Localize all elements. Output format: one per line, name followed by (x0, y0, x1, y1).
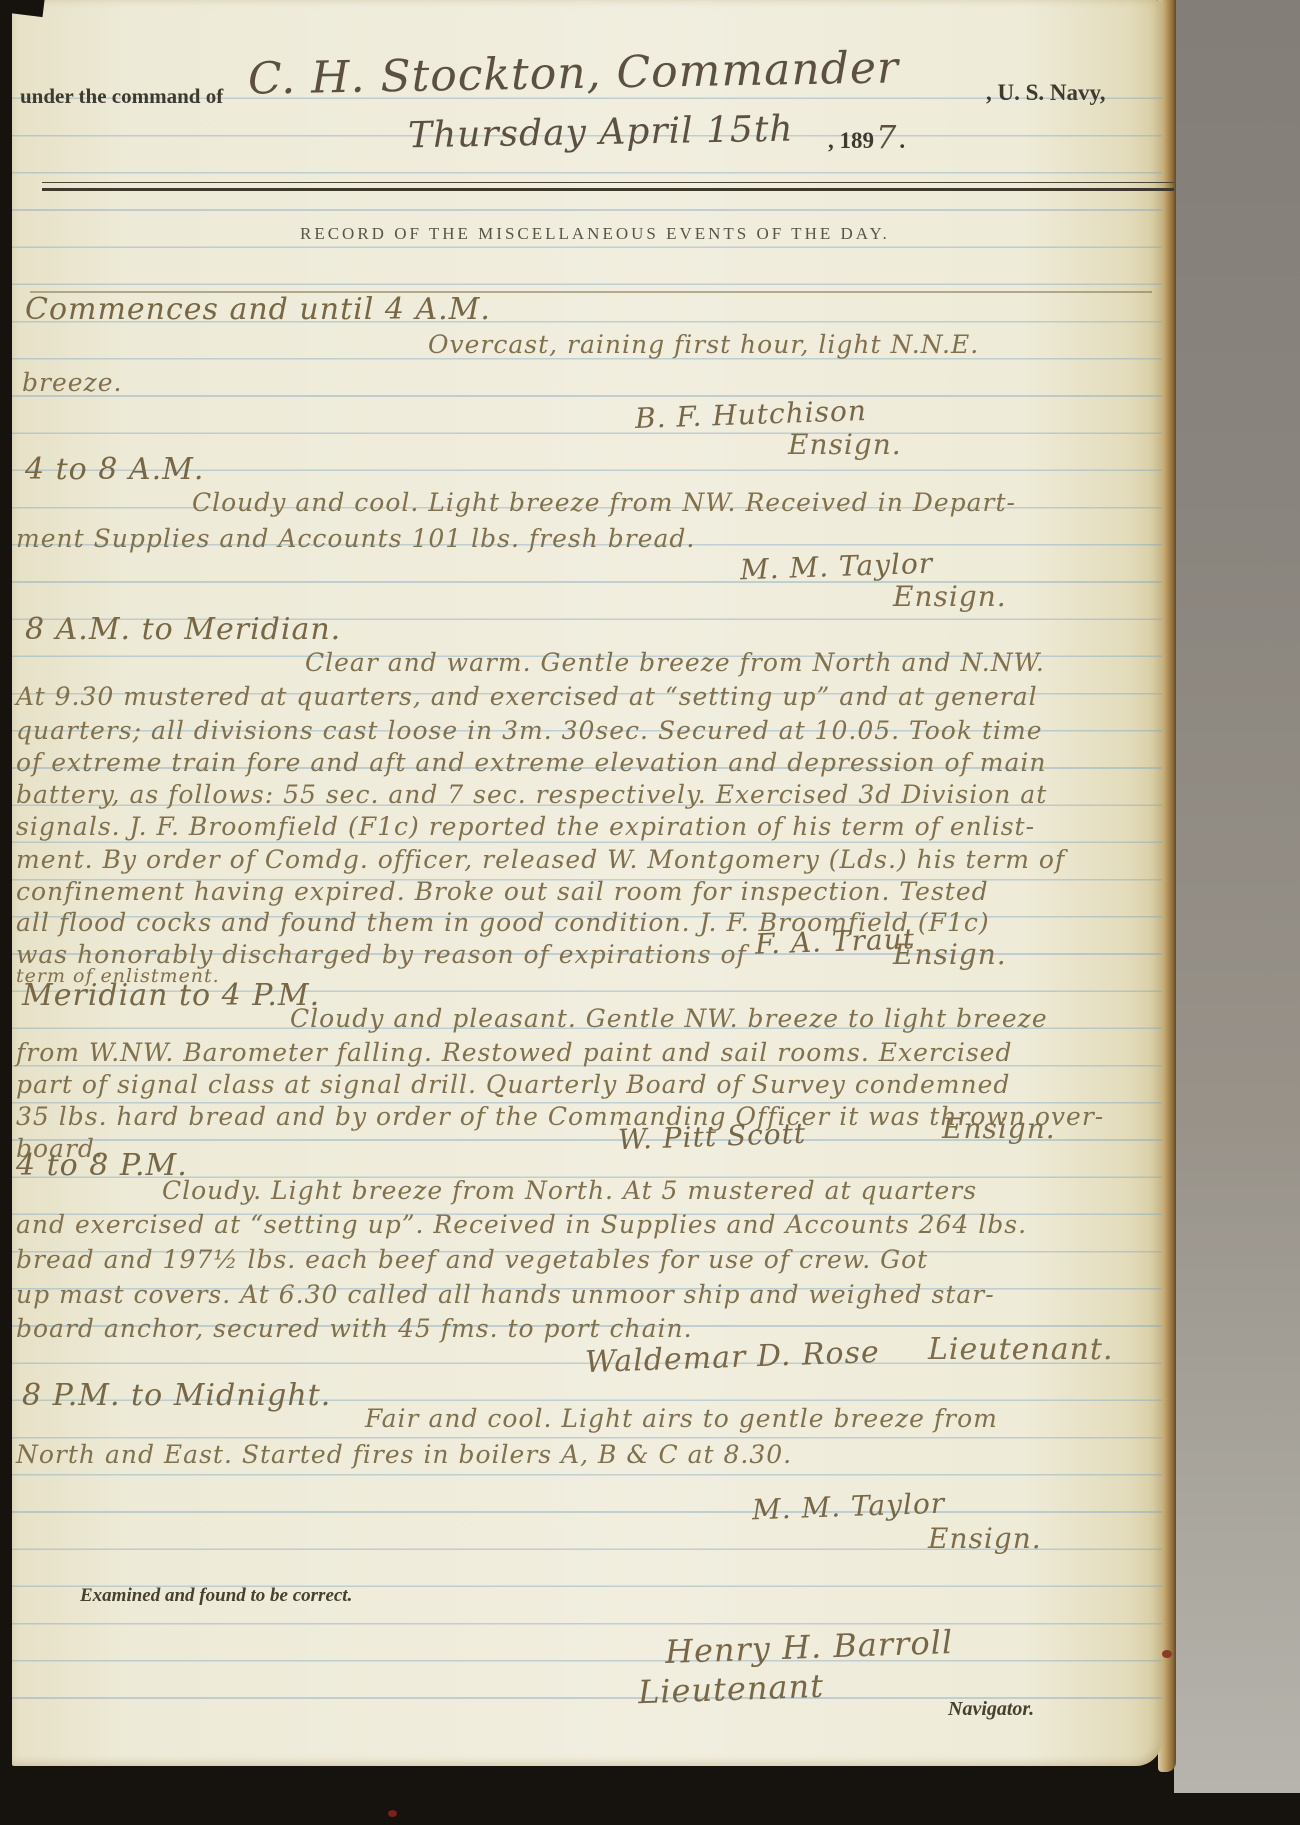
logbook-photo: { "colors": { "paper": "#f0eddd", "ink":… (0, 0, 1300, 1825)
entry-4-rank: Ensign. (942, 1112, 1056, 1145)
entry-3-line: ment. By order of Comdg. officer, releas… (16, 845, 1065, 874)
background-wall (1174, 0, 1300, 1793)
header-divider-rule (42, 182, 1174, 191)
entry-4-signature: W. Pitt Scott (617, 1117, 806, 1157)
corner-shadow (0, 0, 45, 17)
year-period: . (899, 128, 905, 154)
year-digit: 7 (876, 118, 897, 156)
entry-3-heading: 8 A.M. to Meridian. (25, 612, 341, 647)
entry-6-heading: 8 P.M. to Midnight. (22, 1378, 331, 1413)
entry-2-rank: Ensign. (893, 580, 1007, 613)
entry-3-line: battery, as follows: 55 sec. and 7 sec. … (16, 780, 1047, 809)
entry-5-rank: Lieutenant. (928, 1332, 1114, 1367)
entry-5-line: bread and 197½ lbs. each beef and vegeta… (16, 1245, 928, 1274)
entry-1-line: Overcast, raining first hour, light N.N.… (428, 330, 979, 359)
entry-6-line: Fair and cool. Light airs to gentle bree… (365, 1404, 998, 1433)
entry-5-line: Cloudy. Light breeze from North. At 5 mu… (162, 1176, 977, 1205)
navigator-rank: Lieutenant (637, 1667, 824, 1711)
entry-3-line: of extreme train fore and aft and extrem… (16, 748, 1047, 777)
entry-2-line: Cloudy and cool. Light breeze from NW. R… (192, 488, 1016, 517)
entry-3-line: Clear and warm. Gentle breeze from North… (305, 648, 1045, 677)
entry-6-rank: Ensign. (928, 1522, 1042, 1555)
entry-5-line: board anchor, secured with 45 fms. to po… (16, 1314, 693, 1343)
date-handwritten: Thursday April 15th (408, 109, 794, 157)
entry-5-line: and exercised at “setting up”. Received … (16, 1210, 1027, 1239)
entry-3-line: confinement having expired. Broke out sa… (16, 877, 989, 906)
navy-label: , U. S. Navy, (986, 80, 1106, 106)
entry-3-line: signals. J. F. Broomfield (F1c) reported… (16, 812, 1035, 841)
entry-1-heading: Commences and until 4 A.M. (25, 292, 491, 327)
year-group: , 189 7 . (828, 118, 905, 156)
entry-4-line: part of signal class at signal drill. Qu… (16, 1070, 1010, 1099)
red-speck (388, 1810, 397, 1817)
entry-4-line: 35 lbs. hard bread and by order of the C… (16, 1102, 1104, 1131)
entry-2-heading: 4 to 8 A.M. (25, 452, 204, 487)
entry-5-line: up mast covers. At 6.30 called all hands… (16, 1280, 995, 1309)
section-title: RECORD OF THE MISCELLANEOUS EVENTS OF TH… (300, 224, 860, 244)
entry-1-rank: Ensign. (788, 428, 902, 461)
entry-4-heading: Meridian to 4 P.M. (22, 978, 320, 1013)
navigator-label: Navigator. (948, 1698, 1034, 1721)
entry-4-line: Cloudy and pleasant. Gentle NW. breeze t… (290, 1004, 1048, 1033)
year-preprinted: , 189 (828, 128, 874, 154)
entry-1-line: breeze. (22, 368, 122, 397)
entry-4-line: from W.NW. Barometer falling. Restowed p… (16, 1038, 1012, 1067)
entry-3-signature: F. A. Traut (754, 922, 915, 961)
examined-note: Examined and found to be correct. (80, 1585, 352, 1607)
entry-3-line: quarters; all divisions cast loose in 3m… (16, 716, 1043, 745)
entry-6-signature: M. M. Taylor (751, 1487, 945, 1527)
red-speck-edge (1162, 1650, 1172, 1658)
entry-3-line: At 9.30 mustered at quarters, and exerci… (16, 682, 1038, 711)
preprinted-command-label: under the command of (20, 84, 223, 109)
entry-3-rank: Ensign. (893, 938, 1007, 971)
entry-2-line: ment Supplies and Accounts 101 lbs. fres… (16, 524, 695, 553)
entry-6-line: North and East. Started fires in boilers… (16, 1440, 792, 1469)
